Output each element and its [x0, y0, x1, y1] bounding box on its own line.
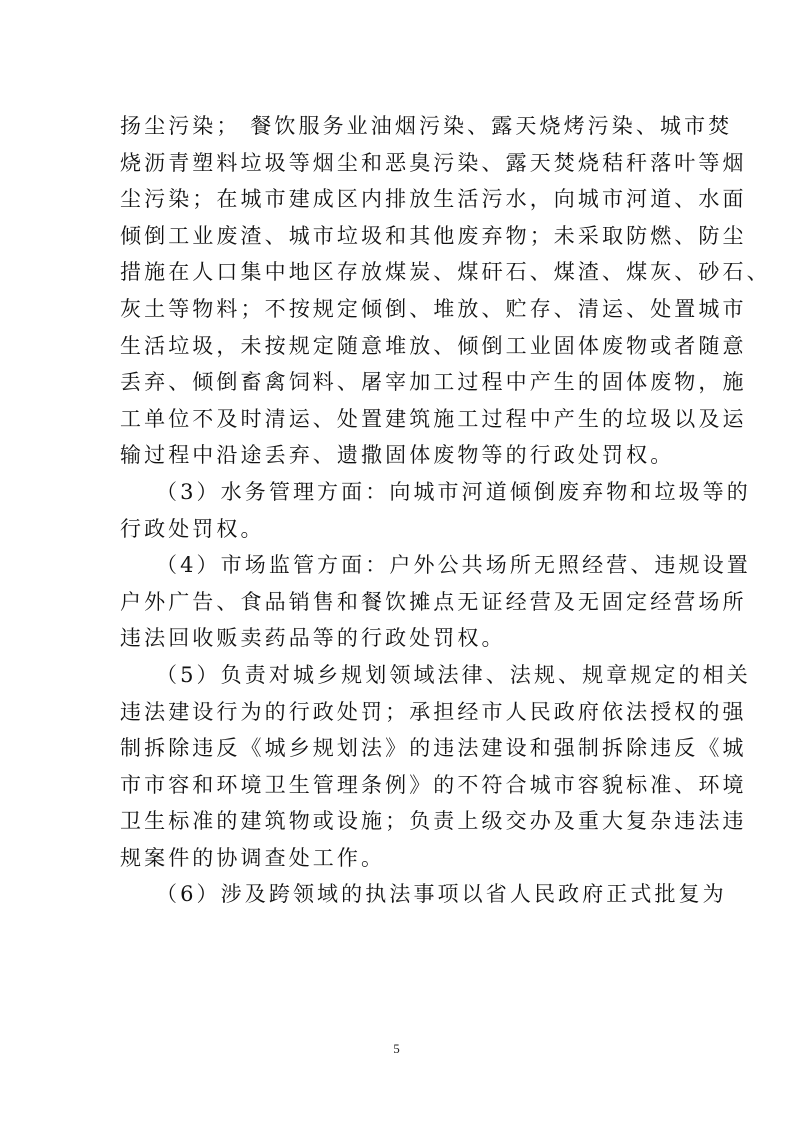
text-line: 生活垃圾，未按规定随意堆放、倾倒工业固体废物或者随意: [120, 328, 674, 365]
text-line: 制拆除违反《城乡规划法》的违法建设和强制拆除违反《城: [120, 730, 674, 767]
text-line: 丢弃、倾倒畜禽饲料、屠宰加工过程中产生的固体废物，施: [120, 364, 674, 401]
text-line: 卫生标准的建筑物或设施；负责上级交办及重大复杂违法违: [120, 803, 674, 840]
text-line: 烧沥青塑料垃圾等烟尘和恶臭污染、露天焚烧秸秆落叶等烟: [120, 145, 674, 182]
text-line: 扬尘污染； 餐饮服务业油烟污染、露天烧烤污染、城市焚: [120, 108, 674, 145]
text-line: （4）市场监管方面：户外公共场所无照经营、违规设置: [120, 547, 674, 584]
paragraph-continuation: 扬尘污染； 餐饮服务业油烟污染、露天烧烤污染、城市焚 烧沥青塑料垃圾等烟尘和恶臭…: [120, 108, 674, 474]
text-line: 市市容和环境卫生管理条例》的不符合城市容貌标准、环境: [120, 767, 674, 804]
paragraph-item-5: （5）负责对城乡规划领域法律、法规、规章规定的相关 违法建设行为的行政处罚；承担…: [120, 657, 674, 877]
text-line: （6）涉及跨领域的执法事项以省人民政府正式批复为: [120, 876, 674, 913]
text-line: 违法回收贩卖药品等的行政处罚权。: [120, 620, 674, 657]
text-line: 行政处罚权。: [120, 511, 674, 548]
text-line: （5）负责对城乡规划领域法律、法规、规章规定的相关: [120, 657, 674, 694]
text-line: 输过程中沿途丢弃、遗撒固体废物等的行政处罚权。: [120, 437, 674, 474]
text-line: 违法建设行为的行政处罚；承担经市人民政府依法授权的强: [120, 694, 674, 731]
text-line: 工单位不及时清运、处置建筑施工过程中产生的垃圾以及运: [120, 401, 674, 438]
text-line: 措施在人口集中地区存放煤炭、煤矸石、煤渣、煤灰、砂石、: [120, 254, 674, 291]
paragraph-item-3: （3）水务管理方面：向城市河道倾倒废弃物和垃圾等的 行政处罚权。: [120, 474, 674, 547]
body-text: 扬尘污染； 餐饮服务业油烟污染、露天烧烤污染、城市焚 烧沥青塑料垃圾等烟尘和恶臭…: [120, 108, 674, 913]
text-line: 规案件的协调查处工作。: [120, 840, 674, 877]
paragraph-item-4: （4）市场监管方面：户外公共场所无照经营、违规设置 户外广告、食品销售和餐饮摊点…: [120, 547, 674, 657]
text-line: 户外广告、食品销售和餐饮摊点无证经营及无固定经营场所: [120, 584, 674, 621]
paragraph-item-6: （6）涉及跨领域的执法事项以省人民政府正式批复为: [120, 876, 674, 913]
page-number: 5: [0, 1041, 793, 1057]
document-page: 扬尘污染； 餐饮服务业油烟污染、露天烧烤污染、城市焚 烧沥青塑料垃圾等烟尘和恶臭…: [0, 0, 793, 1122]
text-line: 倾倒工业废渣、城市垃圾和其他废弃物；未采取防燃、防尘: [120, 218, 674, 255]
text-line: 灰土等物料；不按规定倾倒、堆放、贮存、清运、处置城市: [120, 291, 674, 328]
text-line: 尘污染；在城市建成区内排放生活污水，向城市河道、水面: [120, 181, 674, 218]
text-line: （3）水务管理方面：向城市河道倾倒废弃物和垃圾等的: [120, 474, 674, 511]
